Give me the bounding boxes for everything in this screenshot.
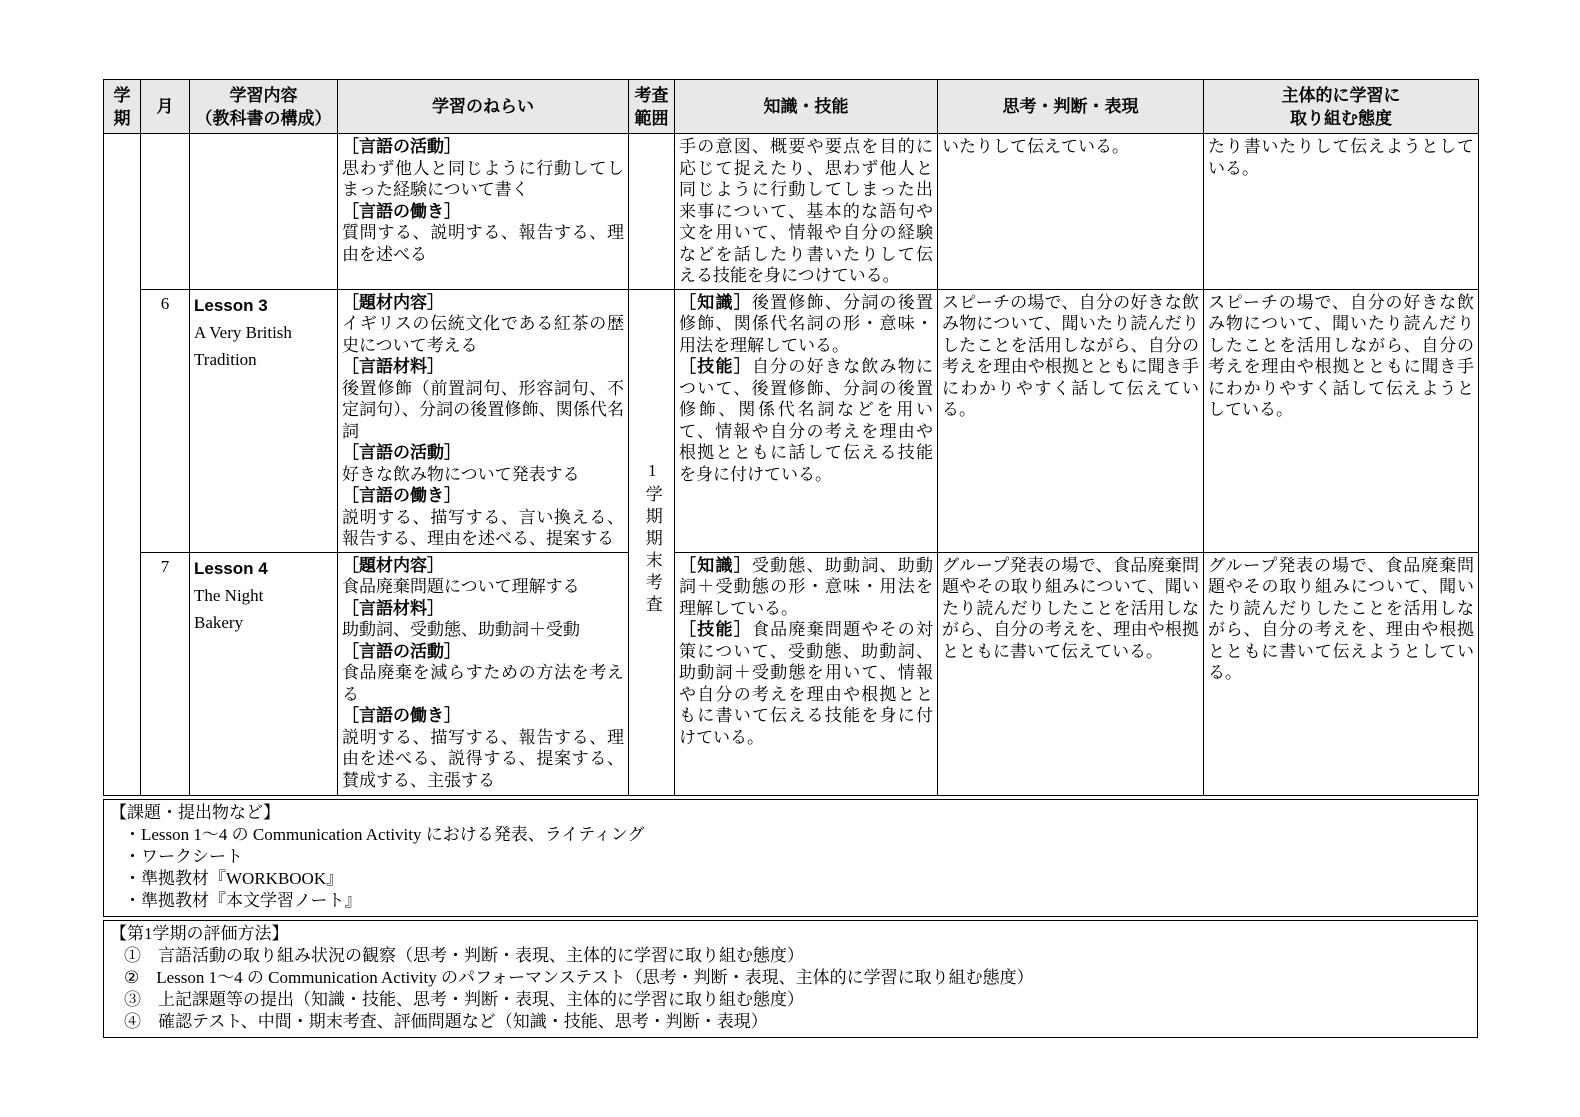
- paragraph: 思わず他人と同じように行動してしまった経験について書く: [342, 158, 624, 201]
- lesson-content-cell: [190, 134, 338, 290]
- paragraph: 手の意図、概要や要点を目的に応じて捉えたり、思わず他人と同じように行動してしまっ…: [679, 136, 933, 287]
- thinking-judgment-cell: スピーチの場で、自分の好きな飲み物について、聞いたり読んだりしたことを活用しなが…: [938, 289, 1204, 552]
- table-row: 6 Lesson 3 A Very British Tradition ［題材内…: [104, 289, 1479, 552]
- paragraph: 助動詞、受動態、助動詞＋受動: [342, 619, 624, 641]
- table-row: 7 Lesson 4 The Night Bakery ［題材内容］食品廃棄問題…: [104, 552, 1479, 795]
- attitude-cell: たり書いたりして伝えようとしている。: [1204, 134, 1479, 290]
- knowledge-skills-cell: ［知識］後置修飾、分詞の後置修飾、関係代名詞の形・意味・用法を理解している。［技…: [675, 289, 938, 552]
- exam-range-vertical-text: 1学期期末考査: [641, 461, 661, 617]
- list-item: ・準拠教材『本文学習ノート』: [110, 890, 1471, 912]
- col-header-exam-range: 考査 範囲: [629, 80, 675, 134]
- section-heading: ［題材内容］: [342, 292, 624, 314]
- paragraph: 食品廃棄を減らすための方法を考える: [342, 662, 624, 705]
- paragraph: 質問する、説明する、報告する、理由を述べる: [342, 222, 624, 265]
- lesson-number: Lesson 4: [194, 555, 333, 582]
- inline-label: ［技能］: [679, 620, 752, 639]
- month-cell: 7: [141, 552, 190, 795]
- paragraph: 好きな飲み物について発表する: [342, 464, 624, 486]
- lesson-title: The Night Bakery: [194, 582, 333, 636]
- attitude-cell: スピーチの場で、自分の好きな飲み物について、聞いたり読んだりしたことを活用しなが…: [1204, 289, 1479, 552]
- paragraph: 説明する、描写する、報告する、理由を述べる、説得する、提案する、賛成する、主張す…: [342, 727, 624, 792]
- labeled-paragraph: ［技能］食品廃棄問題やその対策について、受動態、助動詞、助動詞＋受動態を用いて、…: [679, 619, 933, 748]
- paragraph: たり書いたりして伝えようとしている。: [1208, 136, 1474, 179]
- exam-range-cell: [629, 134, 675, 290]
- lesson-content-cell: Lesson 4 The Night Bakery: [190, 552, 338, 795]
- assignments-box: 【課題・提出物など】 ・Lesson 1～4 の Communication A…: [103, 799, 1478, 917]
- curriculum-table: 学 期 月 学習内容 （教科書の構成） 学習のねらい 考査 範囲 知識・技能 思…: [103, 79, 1479, 796]
- aims-cell: ［言語の活動］思わず他人と同じように行動してしまった経験について書く［言語の働き…: [338, 134, 629, 290]
- assignments-box-title: 【課題・提出物など】: [110, 802, 1471, 824]
- paragraph: いたりして伝えている。: [942, 136, 1199, 158]
- evaluation-box-title: 【第1学期の評価方法】: [110, 923, 1471, 945]
- list-item: ② Lesson 1～4 の Communication Activity のパ…: [110, 967, 1471, 989]
- list-item: ・Lesson 1～4 の Communication Activity におけ…: [110, 824, 1471, 846]
- paragraph: 説明する、描写する、言い換える、報告する、理由を述べる、提案する: [342, 507, 624, 550]
- paragraph: グループ発表の場で、食品廃棄問題やその取り組みについて、聞いたり読んだりしたこと…: [942, 555, 1199, 663]
- aims-cell: ［題材内容］イギリスの伝統文化である紅茶の歴史について考える［言語材料］後置修飾…: [338, 289, 629, 552]
- knowledge-skills-cell: ［知識］受動態、助動詞、助動詞＋受動態の形・意味・用法を理解している。［技能］食…: [675, 552, 938, 795]
- col-header-aims: 学習のねらい: [338, 80, 629, 134]
- evaluation-box: 【第1学期の評価方法】 ① 言語活動の取り組み状況の観察（思考・判断・表現、主体…: [103, 920, 1478, 1038]
- evaluation-box-items: ① 言語活動の取り組み状況の観察（思考・判断・表現、主体的に学習に取り組む態度）…: [110, 945, 1471, 1033]
- labeled-paragraph: ［知識］受動態、助動詞、助動詞＋受動態の形・意味・用法を理解している。: [679, 555, 933, 620]
- table-row: ［言語の活動］思わず他人と同じように行動してしまった経験について書く［言語の働き…: [104, 134, 1479, 290]
- attitude-cell: グループ発表の場で、食品廃棄問題やその取り組みについて、聞いたり読んだりしたこと…: [1204, 552, 1479, 795]
- paragraph: スピーチの場で、自分の好きな飲み物について、聞いたり読んだりしたことを活用しなが…: [1208, 292, 1474, 421]
- col-header-attitude: 主体的に学習に 取り組む態度: [1204, 80, 1479, 134]
- lesson-content-cell: Lesson 3 A Very British Tradition: [190, 289, 338, 552]
- section-heading: ［言語の働き］: [342, 705, 624, 727]
- month-cell: 6: [141, 289, 190, 552]
- list-item: ③ 上記課題等の提出（知識・技能、思考・判断・表現、主体的に学習に取り組む態度）: [110, 989, 1471, 1011]
- exam-range-cell: 1学期期末考査: [629, 289, 675, 795]
- section-heading: ［言語の働き］: [342, 485, 624, 507]
- col-header-knowledge-skills: 知識・技能: [675, 80, 938, 134]
- inline-label: ［技能］: [679, 357, 752, 376]
- month-cell: [141, 134, 190, 290]
- section-heading: ［言語材料］: [342, 598, 624, 620]
- list-item: ① 言語活動の取り組み状況の観察（思考・判断・表現、主体的に学習に取り組む態度）: [110, 945, 1471, 967]
- syllabus-page: 学 期 月 学習内容 （教科書の構成） 学習のねらい 考査 範囲 知識・技能 思…: [103, 79, 1478, 1038]
- paragraph: イギリスの伝統文化である紅茶の歴史について考える: [342, 313, 624, 356]
- aims-cell: ［題材内容］食品廃棄問題について理解する［言語材料］助動詞、受動態、助動詞＋受動…: [338, 552, 629, 795]
- inline-label: ［知識］: [679, 293, 752, 312]
- section-heading: ［言語の活動］: [342, 136, 624, 158]
- col-header-semester: 学 期: [104, 80, 141, 134]
- thinking-judgment-cell: グループ発表の場で、食品廃棄問題やその取り組みについて、聞いたり読んだりしたこと…: [938, 552, 1204, 795]
- section-heading: ［言語の働き］: [342, 201, 624, 223]
- list-item: ④ 確認テスト、中間・期末考査、評価問題など（知識・技能、思考・判断・表現）: [110, 1011, 1471, 1033]
- col-header-thinking-judgment: 思考・判断・表現: [938, 80, 1204, 134]
- thinking-judgment-cell: いたりして伝えている。: [938, 134, 1204, 290]
- header-row: 学 期 月 学習内容 （教科書の構成） 学習のねらい 考査 範囲 知識・技能 思…: [104, 80, 1479, 134]
- paragraph: 食品廃棄問題について理解する: [342, 576, 624, 598]
- assignments-box-items: ・Lesson 1～4 の Communication Activity におけ…: [110, 824, 1471, 912]
- lesson-title: A Very British Tradition: [194, 319, 333, 373]
- semester-cell: [104, 134, 141, 796]
- list-item: ・ワークシート: [110, 846, 1471, 868]
- labeled-paragraph: ［技能］自分の好きな飲み物について、後置修飾、分詞の後置修飾、関係代名詞などを用…: [679, 356, 933, 485]
- knowledge-skills-cell: 手の意図、概要や要点を目的に応じて捉えたり、思わず他人と同じように行動してしまっ…: [675, 134, 938, 290]
- paragraph: スピーチの場で、自分の好きな飲み物について、聞いたり読んだりしたことを活用しなが…: [942, 292, 1199, 421]
- inline-label: ［知識］: [679, 556, 752, 575]
- section-heading: ［言語材料］: [342, 356, 624, 378]
- lesson-number: Lesson 3: [194, 292, 333, 319]
- labeled-paragraph: ［知識］後置修飾、分詞の後置修飾、関係代名詞の形・意味・用法を理解している。: [679, 292, 933, 357]
- paragraph: グループ発表の場で、食品廃棄問題やその取り組みについて、聞いたり読んだりしたこと…: [1208, 555, 1474, 684]
- section-heading: ［言語の活動］: [342, 641, 624, 663]
- col-header-content: 学習内容 （教科書の構成）: [190, 80, 338, 134]
- section-heading: ［題材内容］: [342, 555, 624, 577]
- list-item: ・準拠教材『WORKBOOK』: [110, 868, 1471, 890]
- col-header-month: 月: [141, 80, 190, 134]
- paragraph: 後置修飾（前置詞句、形容詞句、不定詞句）、分詞の後置修飾、関係代名詞: [342, 378, 624, 443]
- section-heading: ［言語の活動］: [342, 442, 624, 464]
